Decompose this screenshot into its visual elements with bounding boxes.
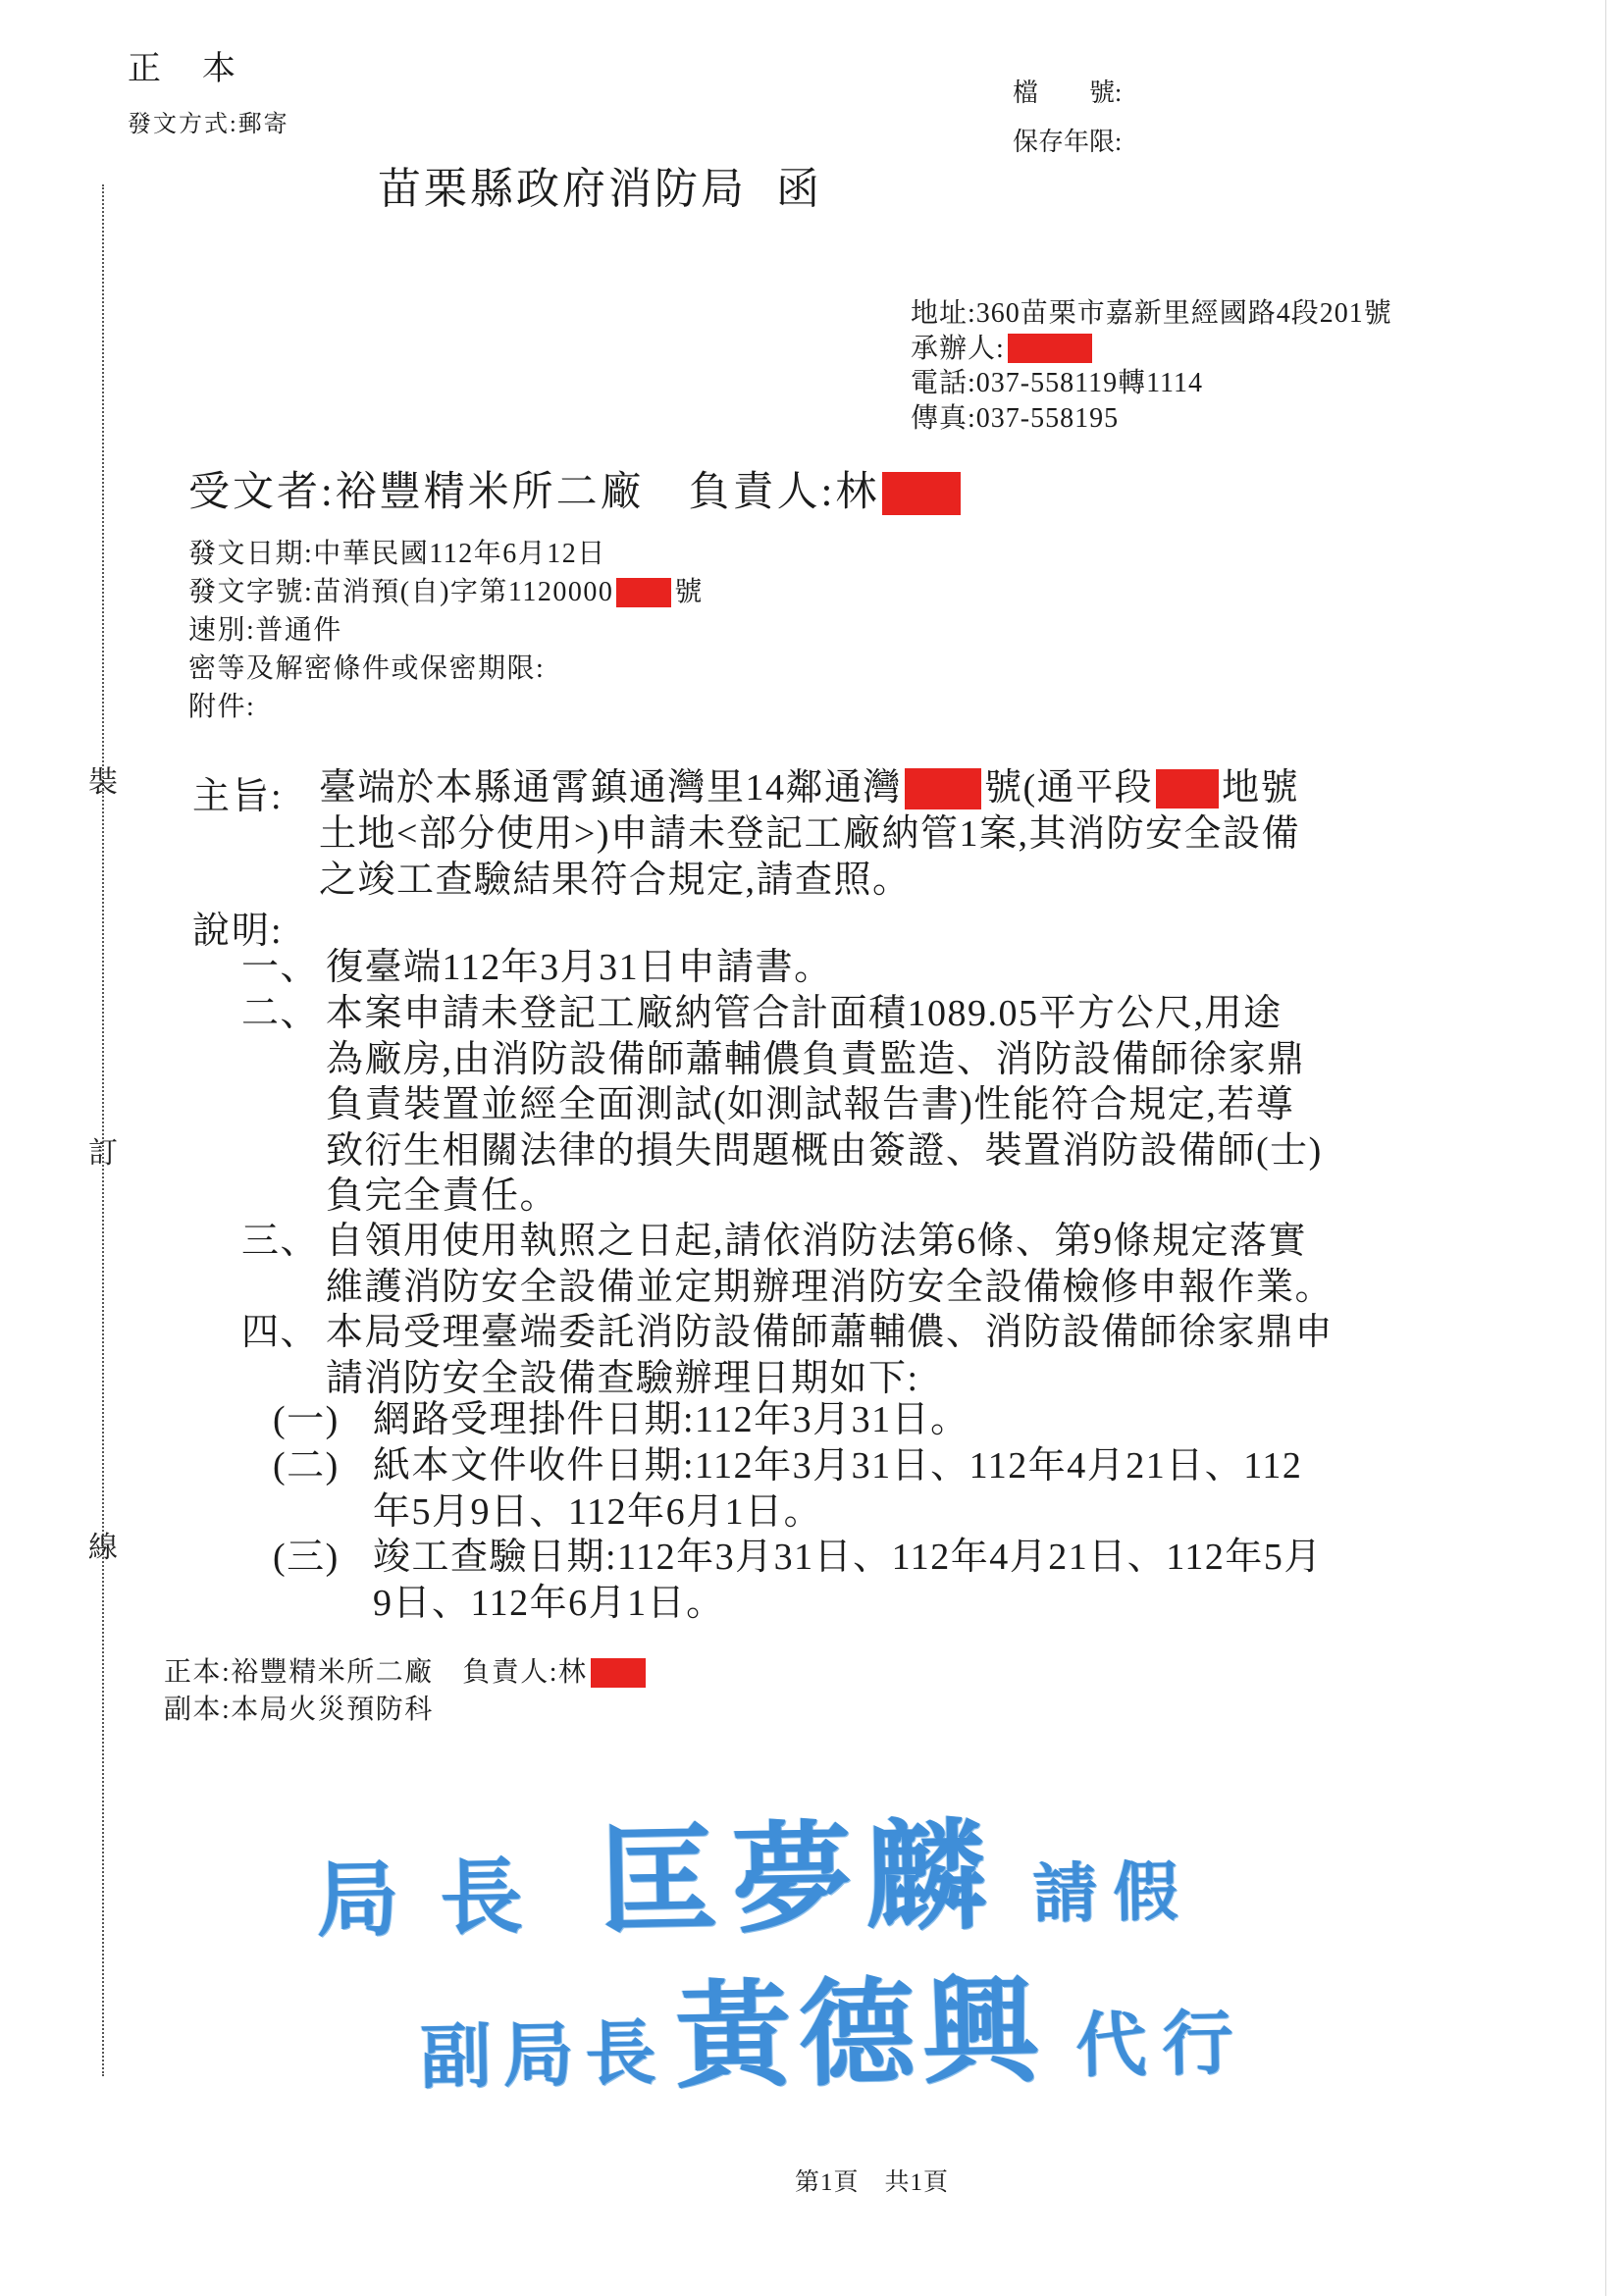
text-segment: 地號 <box>1222 767 1299 809</box>
distribution-block: 正本:裕豐精米所二廠 負責人:林副本:本局火災預防科 <box>164 1654 649 1729</box>
explanation-item-4: 四、 本局受理臺端委託消防設備師蕭輔儂、消防設備師徐家鼎申請消防安全設備查驗辦理… <box>241 1310 1334 1401</box>
deputy-director-stamp-line: 副局長 黃德興 代行 <box>419 1934 1250 2115</box>
binding-mark-zhuang: 裝 <box>88 757 118 801</box>
text-segment: 號(通平段 <box>984 767 1153 809</box>
subitem-number: (三) <box>273 1535 373 1581</box>
explanation-item-1: 一、 復臺端112年3月31日申請書。 <box>241 945 833 991</box>
text-segment: 受文者:裕豐精米所二廠 負責人:林 <box>188 470 879 515</box>
text-segment: 臺端於本縣通霄鎮通灣里14鄰通灣 <box>319 767 902 809</box>
file-number-label: 檔 號: <box>1013 73 1122 109</box>
scan-edge-artifact <box>1605 0 1606 2296</box>
explanation-subitem-1: (一) 網路受理掛件日期:112年3月31日。 <box>273 1397 969 1443</box>
item-number: 三、 <box>241 1219 326 1265</box>
text-segment: 竣工查驗日期:112年3月31日、112年4月21日、112年5月 <box>373 1537 1323 1578</box>
binding-mark-xian: 線 <box>88 1523 118 1566</box>
text-segment: 自領用使用執照之日起,請依消防法第6條、第9條規定落實 <box>326 1221 1307 1262</box>
text-segment: 復臺端112年3月31日申請書。 <box>326 947 833 988</box>
copy-type-label: 正 本 <box>128 41 239 89</box>
item-number: 四、 <box>241 1310 326 1356</box>
subitem-text: 網路受理掛件日期:112年3月31日。 <box>373 1397 969 1443</box>
explanation-item-3: 三、 自領用使用執照之日起,請依消防法第6條、第9條規定落實維護消防安全設備並定… <box>241 1219 1334 1310</box>
item-number: 二、 <box>241 991 326 1037</box>
stamp-acting-note: 代行 <box>1074 1986 1249 2091</box>
item-number: 一、 <box>241 945 326 991</box>
director-stamp-line: 局長 匡夢麟 請假 <box>315 1776 1195 1963</box>
text-segment: 年5月9日、112年6月1日。 <box>373 1491 822 1533</box>
text-segment: 本案申請未登記工廠納管合計面積1089.05平方公尺,用途 <box>326 993 1283 1034</box>
text-segment: 密等及解密條件或保密期限: <box>188 653 545 684</box>
stamp-director-title: 局長 <box>315 1830 564 1953</box>
text-segment: 傳真:037-558195 <box>911 403 1119 434</box>
page-number-footer: 第1頁 共1頁 <box>795 2163 949 2198</box>
stamp-on-leave-note: 請假 <box>1032 1839 1195 1935</box>
text-segment: 承辦人: <box>911 334 1005 364</box>
text-segment: 發文日期:中華民國112年6月12日 <box>188 539 606 569</box>
item-text: 本案申請未登記工廠納管合計面積1089.05平方公尺,用途為廠房,由消防設備師蕭… <box>326 991 1323 1220</box>
text-segment: 電話:037-558119轉1114 <box>911 368 1203 398</box>
document-title: 苗栗縣政府消防局 函 <box>378 153 822 216</box>
item-text: 自領用使用執照之日起,請依消防法第6條、第9條規定落實維護消防安全設備並定期辦理… <box>326 1219 1334 1310</box>
subitem-text: 紙本文件收件日期:112年3月31日、112年4月21日、112年5月9日、11… <box>373 1443 1302 1535</box>
issuing-org-name: 苗栗縣政府消防局 <box>378 153 747 216</box>
redaction-box <box>591 1658 646 1688</box>
text-segment: 9日、112年6月1日。 <box>373 1583 725 1624</box>
text-segment: 負責裝置並經全面測試(如測試報告書)性能符合規定,若導 <box>326 1084 1294 1125</box>
text-segment: 網路受理掛件日期:112年3月31日。 <box>373 1399 969 1440</box>
text-segment: 速別:普通件 <box>188 615 342 646</box>
text-segment: 正本:裕豐精米所二廠 負責人:林 <box>164 1657 588 1688</box>
document-type: 函 <box>776 153 822 216</box>
explanation-subitem-3: (三) 竣工查驗日期:112年3月31日、112年4月21日、112年5月9日、… <box>273 1535 1323 1626</box>
explanation-item-2: 二、 本案申請未登記工廠納管合計面積1089.05平方公尺,用途為廠房,由消防設… <box>241 991 1323 1220</box>
redaction-box <box>1156 769 1219 809</box>
text-segment: 請消防安全設備查驗辦理日期如下: <box>326 1358 919 1399</box>
text-segment: 地址:360苗栗市嘉新里經國路4段201號 <box>911 298 1392 329</box>
text-segment: 為廠房,由消防設備師蕭輔儂負責監造、消防設備師徐家鼎 <box>326 1039 1306 1080</box>
contact-block: 地址:360苗栗市嘉新里經國路4段201號承辦人:電話:037-558119轉1… <box>911 296 1392 436</box>
redaction-box <box>1008 334 1092 363</box>
subitem-number: (二) <box>273 1443 373 1489</box>
document-meta-block: 發文日期:中華民國112年6月12日發文字號:苗消預(自)字第1120000號速… <box>188 535 704 726</box>
text-segment: 紙本文件收件日期:112年3月31日、112年4月21日、112 <box>373 1445 1302 1487</box>
text-segment: 副本:本局火災預防科 <box>164 1695 434 1725</box>
binding-mark-ding: 訂 <box>88 1128 118 1172</box>
item-text: 本局受理臺端委託消防設備師蕭輔儂、消防設備師徐家鼎申請消防安全設備查驗辦理日期如… <box>326 1310 1334 1401</box>
subitem-number: (一) <box>273 1397 373 1443</box>
redaction-box <box>905 768 981 809</box>
text-segment: 發文字號:苗消預(自)字第1120000 <box>188 577 613 607</box>
text-segment: 之竣工查驗結果符合規定,請查照。 <box>319 860 912 901</box>
text-segment: 本局受理臺端委託消防設備師蕭輔儂、消防設備師徐家鼎申 <box>326 1312 1334 1353</box>
subject-text: 臺端於本縣通霄鎮通灣里14鄰通灣號(通平段地號土地<部分使用>)申請未登記工廠納… <box>319 765 1300 904</box>
text-segment: 維護消防安全設備並定期辦理消防安全設備檢修申報作業。 <box>326 1267 1334 1308</box>
stamp-director-name: 匡夢麟 <box>598 1780 1001 1958</box>
subject-label: 主旨: <box>192 765 284 819</box>
retention-period-label: 保存年限: <box>1013 122 1122 158</box>
recipient-line: 受文者:裕豐精米所二廠 負責人:林 <box>188 467 964 518</box>
text-segment: 號 <box>674 577 704 607</box>
redaction-box <box>616 578 671 607</box>
text-segment: 附件: <box>188 692 255 722</box>
text-segment: 負完全責任。 <box>326 1175 558 1217</box>
stamp-deputy-title: 副局長 <box>420 1996 669 2102</box>
official-letter-page: 裝 訂 線 正 本 發文方式:郵寄 檔 號: 保存年限: 苗栗縣政府消防局 函 … <box>0 0 1623 2296</box>
item-text: 復臺端112年3月31日申請書。 <box>326 945 833 991</box>
explanation-subitem-2: (二) 紙本文件收件日期:112年3月31日、112年4月21日、112年5月9… <box>273 1443 1302 1535</box>
delivery-method: 發文方式:郵寄 <box>128 104 289 138</box>
text-segment: 致衍生相關法律的損失問題概由簽證、裝置消防設備師(士) <box>326 1130 1323 1172</box>
stamp-deputy-name: 黃德興 <box>674 1937 1048 2111</box>
text-segment: 土地<部分使用>)申請未登記工廠納管1案,其消防安全設備 <box>319 813 1300 855</box>
subitem-text: 竣工查驗日期:112年3月31日、112年4月21日、112年5月9日、112年… <box>373 1535 1323 1626</box>
redaction-box <box>882 472 961 515</box>
